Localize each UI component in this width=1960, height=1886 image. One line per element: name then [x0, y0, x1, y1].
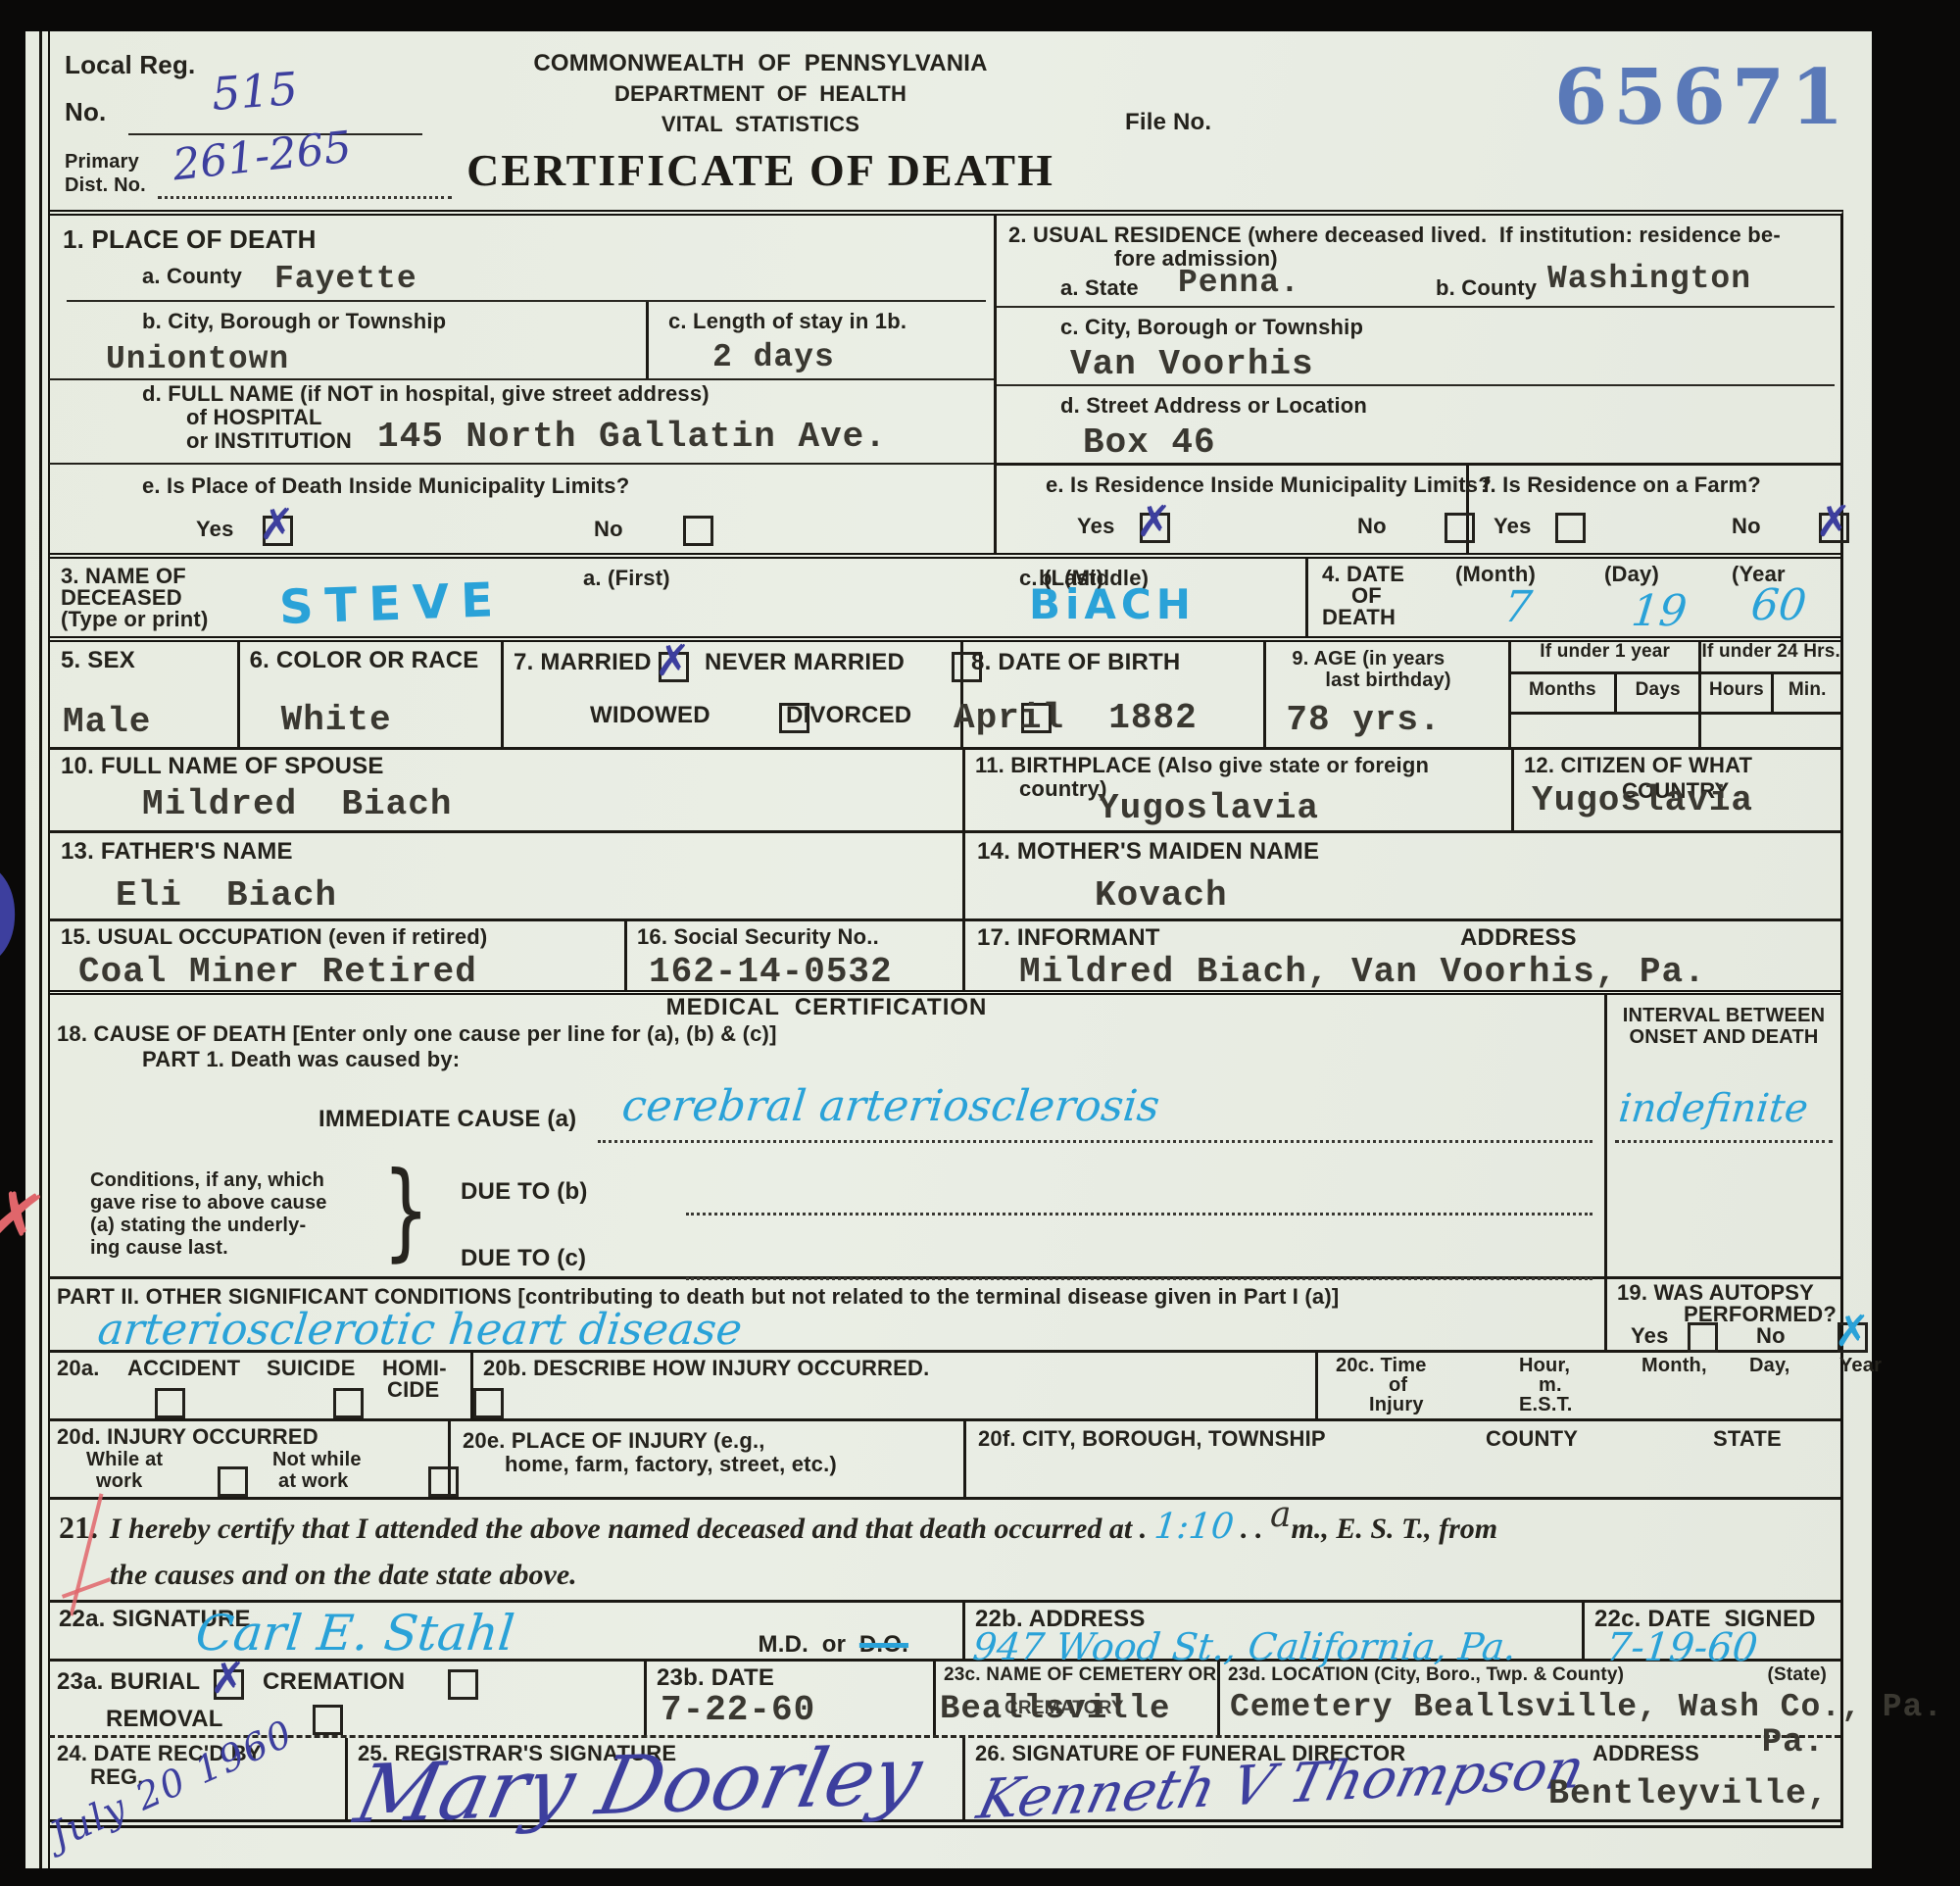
s3-title3: (Type or print) [61, 608, 208, 631]
section-20f: 20f. CITY, BOROUGH, TOWNSHIP COUNTY STAT… [966, 1421, 1840, 1497]
s1e-row: e. Is Place of Death Inside Municipality… [49, 463, 994, 559]
s23c-label1: 23c. NAME OF CEMETERY OR [944, 1665, 1216, 1686]
s4-title3: DEATH [1322, 606, 1396, 629]
s20b-label: 20b. DESCRIBE HOW INJURY OCCURRED. [483, 1357, 929, 1380]
section-15-occupation: 15. USUAL OCCUPATION (even if retired) C… [49, 921, 627, 990]
s20d-atwork: at work [278, 1470, 348, 1492]
s8-value: April 1882 [954, 701, 1198, 736]
section-22a: 22a. SIGNATURE Carl E. Stahl M.D. or D.O… [49, 1603, 965, 1659]
s1c-value: 2 days [712, 341, 835, 373]
section-22b: 22b. ADDRESS 947 Wood St., California, P… [965, 1603, 1585, 1659]
section-11-birthplace: 11. BIRTHPLACE (Also give state or forei… [965, 750, 1514, 830]
department-line: DEPARTMENT OF HEALTH [417, 82, 1103, 106]
s1b-cell: b. City, Borough or Township Uniontown [49, 302, 649, 378]
s9-value: 78 yrs. [1286, 703, 1441, 738]
s1d-label1: d. FULL NAME (if NOT in hospital, give s… [142, 382, 710, 406]
s2f-yes-checkbox [1555, 513, 1586, 543]
s20a-suicide: SUICIDE [267, 1357, 356, 1380]
s16-label: 16. Social Security No.. [637, 925, 879, 949]
s4-month-value: 7 [1502, 586, 1535, 629]
s23a-removal-label: REMOVAL [106, 1707, 223, 1732]
s18-cond4: ing cause last. [90, 1237, 228, 1259]
s2c-value: Van Voorhis [1070, 347, 1314, 382]
s2e-yes-label: Yes [1077, 515, 1115, 538]
local-reg-block: Local Reg. No. 515 Primary Dist. No. 261… [65, 51, 457, 79]
s20a-num: 20a. [57, 1357, 100, 1380]
s15-label: 15. USUAL OCCUPATION (even if retired) [61, 925, 487, 949]
s2f-no-mark: ✗ [1815, 501, 1851, 544]
s18-due-c-label: DUE TO (c) [461, 1246, 586, 1271]
row-24-26: 24. DATE REC'D BY REG. July 20 1960 25. … [49, 1738, 1840, 1828]
section-16-ssn: 16. Social Security No.. 162-14-0532 [627, 921, 965, 990]
s19-yes-checkbox [1688, 1322, 1718, 1353]
s20f-county: COUNTY [1486, 1427, 1578, 1451]
section-26: 26. SIGNATURE OF FUNERAL DIRECTOR ADDRES… [965, 1738, 1840, 1819]
s2ef-row: e. Is Residence Inside Municipality Limi… [997, 463, 1840, 553]
s18-due-b-label: DUE TO (b) [461, 1179, 588, 1205]
section-1-place-of-death: 1. PLACE OF DEATH a. County Fayette b. C… [49, 216, 997, 553]
s5-label: 5. SEX [61, 648, 135, 673]
s2a-value: Penna. [1178, 267, 1300, 299]
s1c-label: c. Length of stay in 1b. [668, 310, 906, 333]
s20c-year: Year [1839, 1355, 1882, 1376]
row-cause-of-death: MEDICAL CERTIFICATION 18. CAUSE OF DEATH… [49, 995, 1840, 1279]
s18b-dotted-line [686, 1213, 1592, 1216]
row-sex-race-married-birth-age: 5. SEX Male 6. COLOR OR RACE White 7. MA… [49, 642, 1840, 750]
s19-yes-label: Yes [1631, 1324, 1669, 1348]
s7-widowed-label: WIDOWED [590, 703, 710, 728]
s18-cond2: gave rise to above cause [90, 1192, 327, 1214]
s20c-t3: Injury [1369, 1394, 1424, 1415]
section-20e: 20e. PLACE OF INJURY (e.g., home, farm, … [451, 1421, 966, 1497]
s2c-underline [997, 384, 1835, 386]
min-label: Min. [1788, 679, 1827, 700]
red-pencil-cross [62, 1577, 111, 1599]
section-25: 25. REGISTRAR'S SIGNATURE Mary Doorley [348, 1738, 965, 1819]
s7-married-checkbox: ✗ [659, 652, 689, 682]
s2b-value: Washington [1547, 263, 1751, 295]
interval-dotted-line [1615, 1140, 1833, 1143]
scanned-death-certificate: Local Reg. No. 515 Primary Dist. No. 261… [0, 0, 1960, 1886]
s14-value: Kovach [1095, 878, 1228, 914]
s18-label: 18. CAUSE OF DEATH [Enter only one cause… [57, 1022, 777, 1046]
section-13-father: 13. FATHER'S NAME Eli Biach [49, 833, 965, 918]
section-20c: 20c. Time of Injury Hour, m. E.S.T. Mont… [1318, 1353, 1840, 1418]
s1e-yes-mark: ✗ [259, 504, 295, 547]
s2ab-underline [997, 306, 1835, 308]
section-23c: 23c. NAME OF CEMETERY OR CREMATORY Beall… [936, 1662, 1220, 1735]
section-23b: 23b. DATE 7-22-60 [647, 1662, 936, 1735]
s23d-value: Cemetery Beallsville, Wash Co., Pa. [1230, 1691, 1943, 1723]
s23d-value2: Pa. [1762, 1726, 1825, 1760]
s20f-label: 20f. CITY, BOROUGH, TOWNSHIP [978, 1427, 1326, 1451]
interval-label1: INTERVAL BETWEEN [1607, 1005, 1840, 1026]
interval-value: indefinite [1617, 1089, 1810, 1128]
s23a-burial-checkbox: ✗ [214, 1669, 244, 1700]
s2d-value: Box 46 [1083, 425, 1216, 461]
row-21-certify: 21. I hereby certify that I attended the… [49, 1500, 1840, 1603]
s1d-row: d. FULL NAME (if NOT in hospital, give s… [49, 378, 994, 465]
s1-title: 1. PLACE OF DEATH [63, 225, 317, 254]
section-23d: 23d. LOCATION (City, Boro., Twp. & Count… [1220, 1662, 1840, 1735]
s2a-label: a. State [1060, 276, 1139, 300]
section-24: 24. DATE REC'D BY REG. July 20 1960 [49, 1738, 348, 1819]
row-father-mother: 13. FATHER'S NAME Eli Biach 14. MOTHER'S… [49, 833, 1840, 921]
primary-label: Primary [65, 151, 139, 173]
s2b-label: b. County [1436, 276, 1537, 300]
section-21: 21. I hereby certify that I attended the… [49, 1500, 1840, 1600]
s20d-work: work [96, 1470, 142, 1492]
s20e-label1: 20e. PLACE OF INJURY (e.g., [463, 1429, 765, 1453]
s15-value: Coal Miner Retired [78, 955, 477, 990]
s20c-t2: of [1389, 1374, 1407, 1396]
s17-label: 17. INFORMANT [977, 925, 1160, 951]
s2f-no-checkbox: ✗ [1819, 513, 1849, 543]
s26-address-label: ADDRESS [1592, 1742, 1699, 1765]
s21-line1: I hereby certify that I attended the abo… [110, 1510, 1497, 1546]
s18a-dotted-line [598, 1140, 1592, 1143]
s20f-state: STATE [1713, 1427, 1782, 1451]
under24-label: If under 24 Hrs. [1701, 641, 1840, 662]
section-22c: 22c. DATE SIGNED 7-19-60 [1585, 1603, 1840, 1659]
s22a-do: D.O. [859, 1631, 908, 1658]
s20c-h3: E.S.T. [1519, 1394, 1573, 1415]
s7-never-label: NEVER MARRIED [705, 650, 905, 675]
s1bc-row: b. City, Borough or Township Uniontown c… [49, 302, 994, 380]
s22c-value: 7-19-60 [1604, 1628, 1759, 1667]
under1-header: If under 1 year [1511, 642, 1699, 674]
s2e-yes-mark: ✗ [1136, 501, 1172, 544]
s2c-label: c. City, Borough or Township [1060, 316, 1363, 339]
s19-no-label: No [1756, 1324, 1786, 1348]
certificate-paper: Local Reg. No. 515 Primary Dist. No. 261… [25, 31, 1872, 1868]
s23a-removal-checkbox [313, 1705, 343, 1735]
row-occupation-ssn-informant: 15. USUAL OCCUPATION (even if retired) C… [49, 921, 1840, 995]
section-23a: 23a. BURIAL ✗ CREMATION REMOVAL [49, 1662, 647, 1735]
s21-time-value: 1:10 [1152, 1510, 1236, 1545]
s23b-label: 23b. DATE [657, 1665, 774, 1691]
s20a-accident: ACCIDENT [127, 1357, 240, 1380]
section-9-age: 9. AGE (in years last birthday) 78 yrs. [1266, 642, 1510, 747]
s3-first-value: STEVE [278, 576, 506, 631]
s2f-yes-label: Yes [1494, 515, 1532, 538]
s1e-yes-label: Yes [196, 518, 234, 541]
medical-certification-heading: MEDICAL CERTIFICATION [49, 995, 1604, 1020]
s23a-cremation-checkbox [448, 1669, 478, 1700]
s18-brace: } [382, 1162, 429, 1263]
section-19-autopsy: 19. WAS AUTOPSY PERFORMED? Yes No ✗ [1607, 1279, 1840, 1350]
section-10-spouse: 10. FULL NAME OF SPOUSE Mildred Biach [49, 750, 965, 830]
s18a-value: cerebral arteriosclerosis [620, 1085, 1162, 1128]
s7-married-label: 7. MARRIED [514, 650, 652, 675]
under1-label: If under 1 year [1540, 641, 1670, 662]
s19-no-checkbox: ✗ [1837, 1322, 1868, 1353]
s10-label: 10. FULL NAME OF SPOUSE [61, 754, 384, 779]
s13-value: Eli Biach [116, 878, 337, 914]
s21-text3: the causes and on the date state above. [110, 1559, 577, 1592]
section-8-date-of-birth: 8. DATE OF BIRTH April 1882 [963, 642, 1266, 747]
s20c-month: Month, [1641, 1355, 1707, 1376]
s20c-t1: 20c. Time [1336, 1355, 1427, 1376]
s4-day-label: (Day) [1604, 563, 1659, 586]
commonwealth-line: COMMONWEALTH OF PENNSYLVANIA [417, 51, 1103, 76]
section-18-interval: INTERVAL BETWEEN ONSET AND DEATH indefin… [1607, 995, 1840, 1276]
s21-text2: m., E. S. T., from [1292, 1513, 1498, 1545]
s17-value: Mildred Biach, Van Voorhis, Pa. [1019, 955, 1706, 990]
interval-label2: ONSET AND DEATH [1607, 1026, 1840, 1048]
section-5-sex: 5. SEX Male [49, 642, 240, 747]
section-9-under-24-hrs: If under 24 Hrs. Hours Min. [1701, 642, 1840, 747]
s1e-yes-checkbox: ✗ [263, 516, 293, 546]
local-reg-number: 515 [211, 66, 300, 117]
section-14-mother: 14. MOTHER'S MAIDEN NAME Kovach [965, 833, 1840, 918]
row-name-dateofdeath: 3. NAME OF DECEASED (Type or print) a. (… [49, 559, 1840, 642]
section-20a: 20a. ACCIDENT SUICIDE HOMI- CIDE [49, 1353, 473, 1418]
s23d-label1: 23d. LOCATION (City, Boro., Twp. & Count… [1228, 1665, 1624, 1686]
days-label: Days [1636, 679, 1681, 700]
s21-text1: I hereby certify that I attended the abo… [110, 1513, 1132, 1545]
s14-label: 14. MOTHER'S MAIDEN NAME [977, 839, 1319, 865]
s18-part1: PART 1. Death was caused by: [142, 1048, 460, 1071]
s23a-burial-mark: ✗ [210, 1658, 246, 1701]
section-12-citizen: 12. CITIZEN OF WHAT COUNTRY Yugoslavia [1514, 750, 1840, 830]
under24-header: If under 24 Hrs. [1701, 642, 1840, 674]
s20a-cide: CIDE [387, 1378, 439, 1402]
s1d-label2: of HOSPITAL [186, 406, 322, 429]
s4-year-value: 60 [1749, 584, 1809, 627]
header-center: COMMONWEALTH OF PENNSYLVANIA DEPARTMENT … [417, 51, 1103, 196]
s1d-label3: or INSTITUTION [186, 429, 352, 453]
s20c-h1: Hour, [1519, 1355, 1570, 1376]
s12-label1: 12. CITIZEN OF WHAT [1524, 754, 1752, 777]
row-20abc: 20a. ACCIDENT SUICIDE HOMI- CIDE 20b. DE… [49, 1353, 1840, 1421]
s23a-burial-label: 23a. BURIAL [57, 1669, 200, 1695]
section-18-cause: MEDICAL CERTIFICATION 18. CAUSE OF DEATH… [49, 995, 1607, 1276]
s17-address-label: ADDRESS [1460, 925, 1577, 951]
months-label: Months [1529, 679, 1596, 700]
s1e-label: e. Is Place of Death Inside Municipality… [142, 474, 629, 498]
dist-no-line [158, 196, 452, 199]
s26-address-value: Bentleyville, [1548, 1777, 1829, 1812]
s9-label1: 9. AGE (in years [1292, 648, 1445, 670]
s25-signature: Mary Doorley [349, 1736, 928, 1836]
s20a-suicide-checkbox [333, 1388, 364, 1418]
s2f-no-label: No [1732, 515, 1761, 538]
s10-value: Mildred Biach [142, 787, 452, 822]
row-22: 22a. SIGNATURE Carl E. Stahl M.D. or D.O… [49, 1603, 1840, 1662]
s20e-label2: home, farm, factory, street, etc.) [505, 1453, 837, 1476]
s23d-label2: (State) [1767, 1665, 1827, 1686]
section-7-marital-status: 7. MARRIED ✗ NEVER MARRIED WIDOWED DIVOR… [504, 642, 963, 747]
certificate-title: CERTIFICATE OF DEATH [417, 144, 1103, 196]
s7-divorced-label: DIVORCED [786, 703, 911, 728]
s20c-h2: m. [1539, 1374, 1562, 1396]
s21-dot1: . [1132, 1513, 1154, 1545]
s9-label2: last birthday) [1325, 670, 1450, 691]
s6-label: 6. COLOR OR RACE [250, 648, 479, 673]
section-20d: 20d. INJURY OCCURRED While at work Not w… [49, 1421, 451, 1497]
s11-label1: 11. BIRTHPLACE (Also give state or forei… [975, 754, 1429, 777]
s12-value: Yugoslavia [1532, 783, 1753, 819]
under24-subheader: Hours Min. [1701, 674, 1840, 715]
s2f-label: f. Is Residence on a Farm? [1483, 473, 1761, 497]
s11-label2: country) [1019, 777, 1107, 801]
s23a-cremation-label: CREMATION [263, 1669, 405, 1695]
s1e-no-label: No [594, 518, 623, 541]
file-no-stamp: 65671 [1554, 53, 1849, 142]
s23b-value: 7-22-60 [661, 1693, 815, 1728]
section-20b: 20b. DESCRIBE HOW INJURY OCCURRED. [473, 1353, 1318, 1418]
section-17-informant: 17. INFORMANT ADDRESS Mildred Biach, Van… [965, 921, 1840, 990]
hours-label: Hours [1709, 679, 1764, 700]
s2e-label: e. Is Residence Inside Municipality Limi… [1046, 473, 1492, 497]
row-20def: 20d. INJURY OCCURRED While at work Not w… [49, 1421, 1840, 1500]
s1c-cell: c. Length of stay in 1b. 2 days [649, 302, 994, 378]
s18-cond1: Conditions, if any, which [90, 1169, 324, 1191]
s21-ampm-value: a [1270, 1495, 1291, 1535]
s22b-value: 947 Wood St., California, Pa. [971, 1628, 1518, 1665]
s2d-label: d. Street Address or Location [1060, 394, 1367, 418]
s20a-accident-checkbox [155, 1388, 185, 1418]
s20d-label: 20d. INJURY OCCURRED [57, 1425, 318, 1449]
s16-value: 162-14-0532 [649, 955, 893, 990]
s18-immediate-label: IMMEDIATE CAUSE (a) [318, 1107, 576, 1132]
s2e-no-label: No [1357, 515, 1387, 538]
s22a-signature: Carl E. Stahl [193, 1609, 516, 1658]
blue-margin-curve: ) [0, 833, 27, 983]
s18-cond3: (a) stating the underly- [90, 1215, 306, 1236]
s2f-cell: f. Is Residence on a Farm? Yes No ✗ [1469, 466, 1840, 553]
s1a-value: Fayette [274, 263, 417, 295]
vital-line: VITAL STATISTICS [417, 113, 1103, 136]
row-place-residence: 1. PLACE OF DEATH a. County Fayette b. C… [49, 216, 1840, 559]
s1a-label: a. County [142, 265, 242, 288]
s1e-no-checkbox [683, 516, 713, 546]
s1b-value: Uniontown [106, 343, 289, 375]
part2-cell: PART II. OTHER SIGNIFICANT CONDITIONS [c… [49, 1279, 1607, 1350]
s2e-yes-checkbox: ✗ [1140, 513, 1170, 543]
s1b-label: b. City, Borough or Township [142, 310, 446, 333]
section-4-date-of-death: c. (Last) BiACH 4. DATE OF DEATH (Month)… [1308, 559, 1840, 636]
s2-title1: 2. USUAL RESIDENCE (where deceased lived… [1008, 223, 1781, 247]
row-23: 23a. BURIAL ✗ CREMATION REMOVAL 23b. DAT… [49, 1662, 1840, 1738]
section-2-usual-residence: 2. USUAL RESIDENCE (where deceased lived… [997, 216, 1840, 553]
s7-married-mark: ✗ [655, 640, 691, 683]
s3-first-label: a. (First) [583, 567, 670, 590]
s23c-value: Beallsville [940, 1693, 1170, 1726]
s13-label: 13. FATHER'S NAME [61, 839, 293, 865]
s6-value: White [281, 703, 392, 738]
s20d-notwhile: Not while [272, 1449, 362, 1470]
s8-label: 8. DATE OF BIRTH [971, 650, 1180, 675]
s20d-whileat: While at [86, 1449, 163, 1470]
s3-last-value: BiACH [1029, 584, 1196, 625]
row-part2-autopsy: PART II. OTHER SIGNIFICANT CONDITIONS [c… [49, 1279, 1840, 1353]
s20d-whileat-checkbox [218, 1466, 248, 1497]
reg-no-label: No. [65, 97, 106, 126]
s11-value: Yugoslavia [1098, 791, 1319, 826]
section-6-color-race: 6. COLOR OR RACE White [240, 642, 504, 747]
under1-subheader: Months Days [1511, 674, 1699, 715]
part2-value: arteriosclerotic heart disease [96, 1309, 744, 1352]
file-no-label: File No. [1125, 110, 1211, 135]
s4-day-value: 19 [1630, 590, 1690, 633]
form-body: 1. PLACE OF DEATH a. County Fayette b. C… [49, 210, 1843, 1828]
s1d-value: 145 North Gallatin Ave. [377, 420, 887, 455]
s2e-cell: e. Is Residence Inside Municipality Limi… [997, 466, 1469, 553]
section-9-under-1-year: If under 1 year Months Days [1511, 642, 1702, 747]
s19-no-mark: ✗ [1834, 1311, 1870, 1354]
s5-value: Male [63, 705, 151, 740]
s20c-day: Day, [1749, 1355, 1790, 1376]
row-spouse-birthplace-citizen: 10. FULL NAME OF SPOUSE Mildred Biach 11… [49, 750, 1840, 833]
dist-no-label: Dist. No. [65, 174, 146, 196]
s21-dot2: . . [1234, 1513, 1271, 1545]
s22a-md: M.D. or [759, 1631, 859, 1658]
